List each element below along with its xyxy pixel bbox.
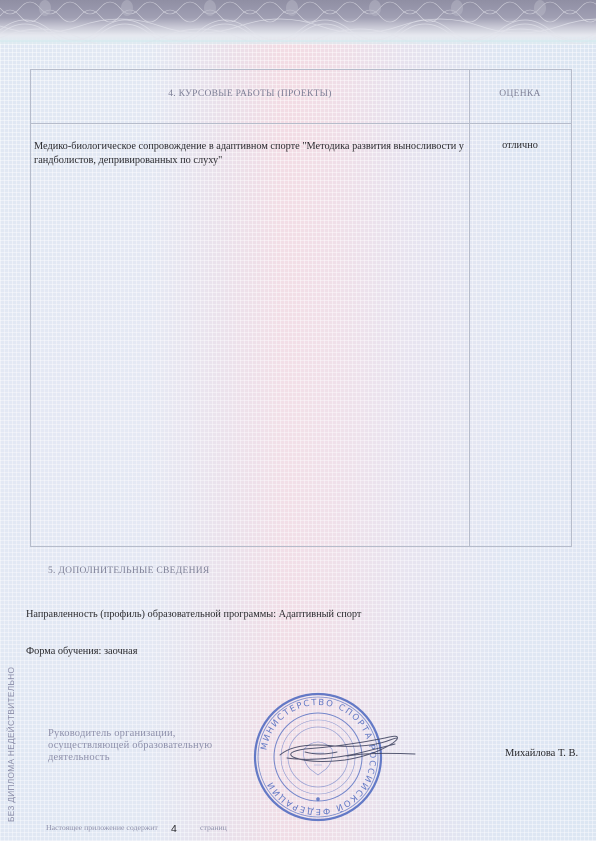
signer-name: Михайлова Т. В. bbox=[505, 748, 578, 759]
study-form-line: Форма обучения: заочная bbox=[26, 646, 137, 657]
validity-side-note: БЕЗ ДИПЛОМА НЕДЕЙСТВИТЕЛЬНО bbox=[6, 667, 16, 822]
program-profile-line: Направленность (профиль) образовательной… bbox=[26, 609, 361, 620]
handwritten-signature bbox=[275, 730, 425, 770]
page-count-prefix: Настоящее приложение содержит bbox=[46, 823, 158, 832]
course-works-header: 4. КУРСОВЫЕ РАБОТЫ (ПРОЕКТЫ) bbox=[31, 89, 469, 99]
course-work-title: Медико-биологическое сопровождение в ада… bbox=[34, 140, 464, 167]
grade-header: ОЦЕНКА bbox=[469, 89, 571, 99]
page-count-suffix: страниц bbox=[200, 823, 227, 832]
page-count-value: 4 bbox=[171, 823, 177, 835]
guilloche-border bbox=[0, 0, 596, 44]
course-work-grade: отлично bbox=[469, 140, 571, 151]
header-divider bbox=[31, 123, 571, 124]
course-works-table: 4. КУРСОВЫЕ РАБОТЫ (ПРОЕКТЫ) ОЦЕНКА Меди… bbox=[30, 69, 572, 547]
additional-info-heading: 5. ДОПОЛНИТЕЛЬНЫЕ СВЕДЕНИЯ bbox=[48, 566, 210, 576]
head-of-organization-label: Руководитель организации, осуществляющей… bbox=[48, 728, 248, 764]
